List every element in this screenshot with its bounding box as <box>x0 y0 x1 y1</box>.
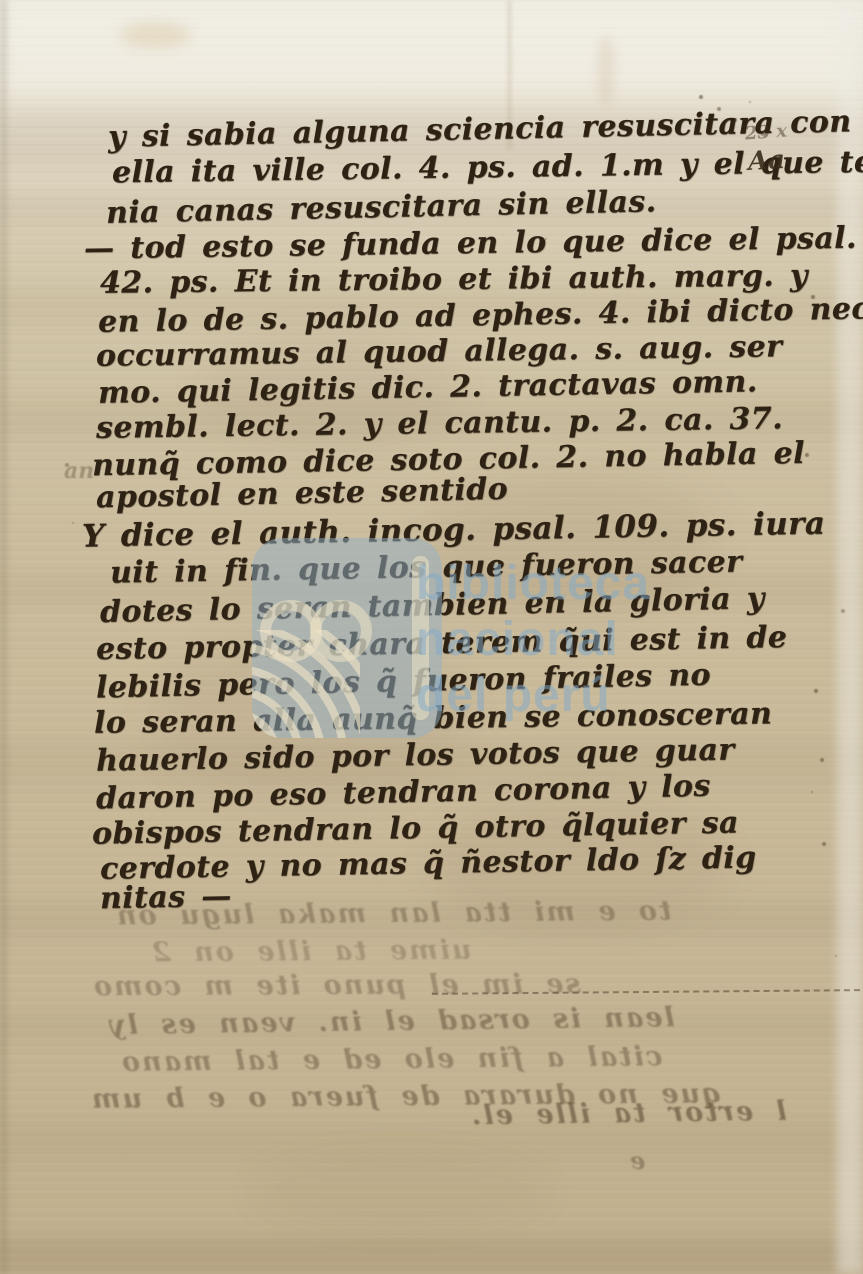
manuscript-line: nitas — <box>100 879 232 916</box>
page-right-edge-highlight <box>837 0 863 1274</box>
bleedthrough-line: e <box>628 1146 645 1175</box>
ink-speckles <box>0 0 2 2</box>
logo-letter-shape <box>310 600 372 662</box>
bleedthrough-line: se im el puno ite m como <box>92 969 581 1003</box>
watermark-text: del perú <box>416 668 611 723</box>
paper-stain <box>598 36 614 106</box>
paper-stain <box>120 22 190 48</box>
bnp-logo-watermark <box>252 538 442 738</box>
margin-mark: Aa <box>747 145 786 177</box>
bleedthrough-line: l ertor ta ille el. <box>470 1096 787 1131</box>
bleedthrough-line: cital a fin elo ed e tal mano <box>120 1041 663 1078</box>
manuscript-scan-page: to e mi tta lan maka lugu on uime ta ill… <box>0 0 863 1274</box>
paper-bottom-shade <box>0 1238 863 1274</box>
watermark-text: nacional <box>416 612 619 667</box>
paper-mottle <box>250 1150 550 1230</box>
watermark-text: biblioteca <box>416 556 650 611</box>
bleedthrough-line: uime ta ille on 2 <box>150 935 472 969</box>
page-left-edge-shadow <box>0 0 7 1274</box>
margin-mark: an <box>64 458 94 484</box>
margin-mark: 23 x <box>744 121 787 145</box>
paper-light-band <box>0 0 863 95</box>
